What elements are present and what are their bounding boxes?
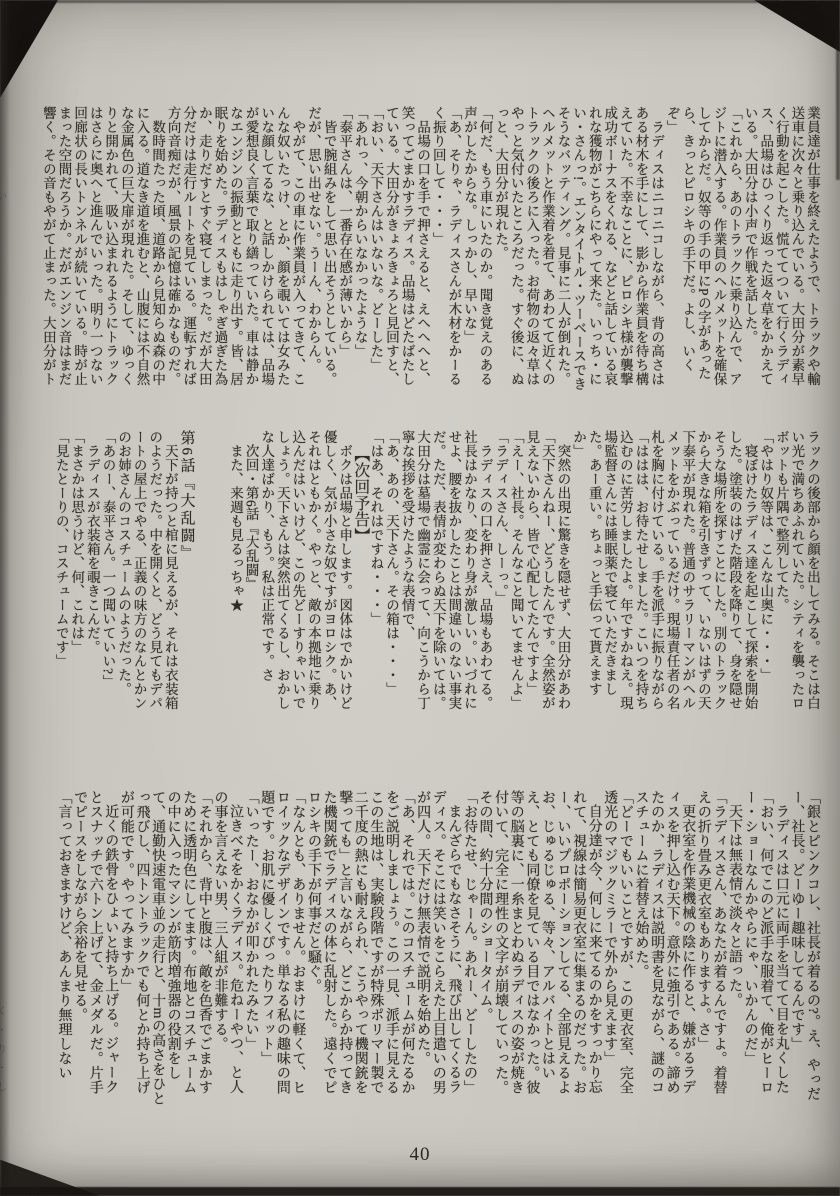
- paragraph: 「あれっ、今朝からいなかったような」: [352, 106, 368, 392]
- scan-corner-top-left: [0, 0, 58, 98]
- paragraph: ラディスはニコニコしながら、背の高さはある材木を手にして、影から作業員を待ち構え…: [493, 106, 665, 392]
- scan-edge-bottom: [0, 1187, 840, 1196]
- paragraph: ラックの後部から顔を出してみる。そこは白い光で満ちあふれていた。シティを襲ったロ…: [773, 430, 820, 714]
- paragraph: 「まさかは思うけど、何、これは」: [69, 430, 85, 714]
- paragraph: 「あ、そりゃ、ラディスさんが木材をかーるく振り回して・・・」: [430, 106, 461, 392]
- paragraph: 「お待たせ、じゃーん。あれー、どーしたの」: [461, 790, 477, 1108]
- paragraph: ラディスの口を押さえ、品場もあわてる。社長はかなり、変わり身が激しい。いづれにせ…: [399, 430, 493, 714]
- next-episode-title-line: 次回・第6話『大乱闘』: [243, 430, 259, 714]
- paragraph: 近くの鉄骨をひょいと持ち上げる。ジャークとスナッチで六トン上げて、金メダルだ。片…: [72, 790, 119, 1108]
- paragraph: 「天下さんねー、どうしたんです。全然姿が見えないから、皆で心配してたんですよ」: [524, 430, 555, 714]
- page-number: 40: [0, 1144, 840, 1166]
- paragraph: 「えー、社長。そんなこと聞いてませんよ」: [508, 430, 524, 714]
- paragraph: 自分達が今、何しに来てるのかをすっかり忘れて、視線は簡易更衣室に集まるのだった。…: [477, 790, 602, 1108]
- paragraph: 「言っておきますけど、あんまり無理しない: [56, 790, 72, 1108]
- paragraph: 突然の出現に驚きを隠せず、大田分があわ: [555, 430, 571, 714]
- paragraph: 寝ぼけたラディス達を起こして探索を開始した。塗装のはげた階段を降りて、身を隠せそ…: [648, 430, 757, 714]
- scan-edge-top: [40, 0, 780, 3]
- paragraph: 「おい、何でこのど派手な服着て、俺がヒーロー・ショーなんかやらにゃ、いかんのだ」: [742, 790, 773, 1108]
- scan-corner-top-right: [754, 0, 840, 52]
- paragraph: 「これから、あのトラックに乗り込んで、アジトに潜入する。作業員のヘルメットを確保…: [664, 106, 742, 392]
- paragraph: 「それから、背中と腹は、敵を色香でごまかすために透明色にしてます。布地とコスチュ…: [118, 790, 212, 1108]
- paragraph: ラディスは口元に両手を当てて目を丸くした: [773, 790, 789, 1108]
- paragraph: ラディスが衣装箱を覗きこんだ。: [84, 430, 100, 714]
- paragraph: 天下が持つと棺に見えるが、それは衣装箱のようだった。中を開くと、どう見てもデパー…: [115, 430, 177, 714]
- scanned-page: 業員達が仕事を終えたようで、トラックや輸送車に次々と乗り込んでいる。大田分が素早…: [0, 0, 840, 1196]
- paragraph: 更衣室を作業機械の陰に作ると、嫌がるラディスを押し込む天下。意外に強引である。諦…: [633, 790, 695, 1108]
- adjacent-page-bleed-top: い: [0, 190, 9, 270]
- paragraph: 「はあ、それはですね・・・」: [368, 430, 384, 714]
- text-block-middle: ラックの後部から顔を出してみる。そこは白い光で満ちあふれていた。シティを襲ったロ…: [53, 430, 820, 714]
- paragraph: 「なんとも、ありません。おまけに軽くて、ヒロイックなデザインです。単なる私の趣味…: [259, 790, 306, 1108]
- paragraph: 「おい、天下さんはいないな。どーした」: [368, 106, 384, 392]
- paragraph: まんざらでもなさそうに、飛び出してくるラディス。そこには笑いをこらえた上目遣いの…: [415, 790, 462, 1108]
- episode-6-heading: 第6話『大乱闘』: [178, 430, 194, 714]
- paragraph: 天下は無表情で淡々と語った。: [726, 790, 742, 1108]
- paragraph: 「銀とピンクコレ、社長が着るの?。え、やっだー、社長。どーゆー趣味してるんです」: [789, 790, 820, 1108]
- text-block-bottom: 「銀とピンクコレ、社長が着るの?。え、やっだー、社長。どーゆー趣味してるんです」…: [56, 790, 820, 1108]
- paragraph: 「ラディスさん、あなたが着るんですよ。着替えの折り畳み更衣室もありますよ。さ」: [695, 790, 726, 1108]
- paragraph: 「何だ、もう車にいたのか。聞き覚えのある声がしたからな。しっかし、早いな」: [461, 106, 492, 392]
- preview-closing-line: また、来週も見るっちゃ★: [227, 430, 243, 714]
- paragraph: 「やはり奴等は、こんな山奥に・・・」: [758, 430, 774, 714]
- paragraph: 泣きべそをかくラディス。危ねーやつ、と人の事を言えない男、三人組が非難する。: [212, 790, 243, 1108]
- paragraph: 「あのー、泰平さん。一つ聞いていい?」: [100, 430, 116, 714]
- paragraph: 「泰平さんは、一番存在感が薄いから」: [337, 106, 353, 392]
- paragraph: 「あ、あの、天下さん。その箱は・・・」: [383, 430, 399, 714]
- paragraph: 数時間たった頃、道路から見知らぬ森の中に入る。道なき道を進むと、山腹には不自然な…: [40, 106, 165, 392]
- paragraph: 「見たとーりの、コスチュームです」: [53, 430, 69, 714]
- paragraph: 「いったー、おなかが叩かれたみたい」: [243, 790, 259, 1108]
- scan-edge-right: [836, 30, 840, 180]
- paragraph: 「どーでもいいことですが、この更衣室、完全透光のマジックミラーで外から見えます」: [602, 790, 633, 1108]
- paragraph: 品場の口を手で押さえると、えへへへと、笑ってごまかすラディス。品場はどたばたして…: [383, 106, 430, 392]
- paragraph: 「ラディスさん、しーっ。」: [493, 430, 509, 714]
- preview-body: ボクは品場と申します。図体はでかいけど優しく、気が小さな奴ですがヨロシク。あ、そ…: [259, 430, 353, 714]
- adjacent-page-bleed-bottom: く・り・し: [0, 1005, 9, 1185]
- paragraph: 「あ、それでは。このコスチュームが何たるかをご説明しましょう。この一見、派手に見…: [305, 790, 414, 1108]
- text-block-top: 業員達が仕事を終えたようで、トラックや輸送車に次々と乗り込んでいる。大田分が素早…: [40, 106, 820, 392]
- paragraph: 「ははは、お待たせしました。こいつを持ち込むのに苦労しましたよ。年ですかねえ。現…: [571, 430, 649, 714]
- paragraph: やがて、この車に作業員が入ってきて、こんな奴いたっけ、とか、顔を覗いては女みたい…: [165, 106, 305, 392]
- next-episode-preview-heading: 【次回予告】: [352, 430, 368, 714]
- paragraph: 皆で腕組みをして思い出そうとしている。だが、思い出せない。うーん、わからん。: [305, 106, 336, 392]
- paragraph: 業員達が仕事を終えたようで、トラックや輸送車に次々と乗り込んでいる。大田分が素早…: [742, 106, 820, 392]
